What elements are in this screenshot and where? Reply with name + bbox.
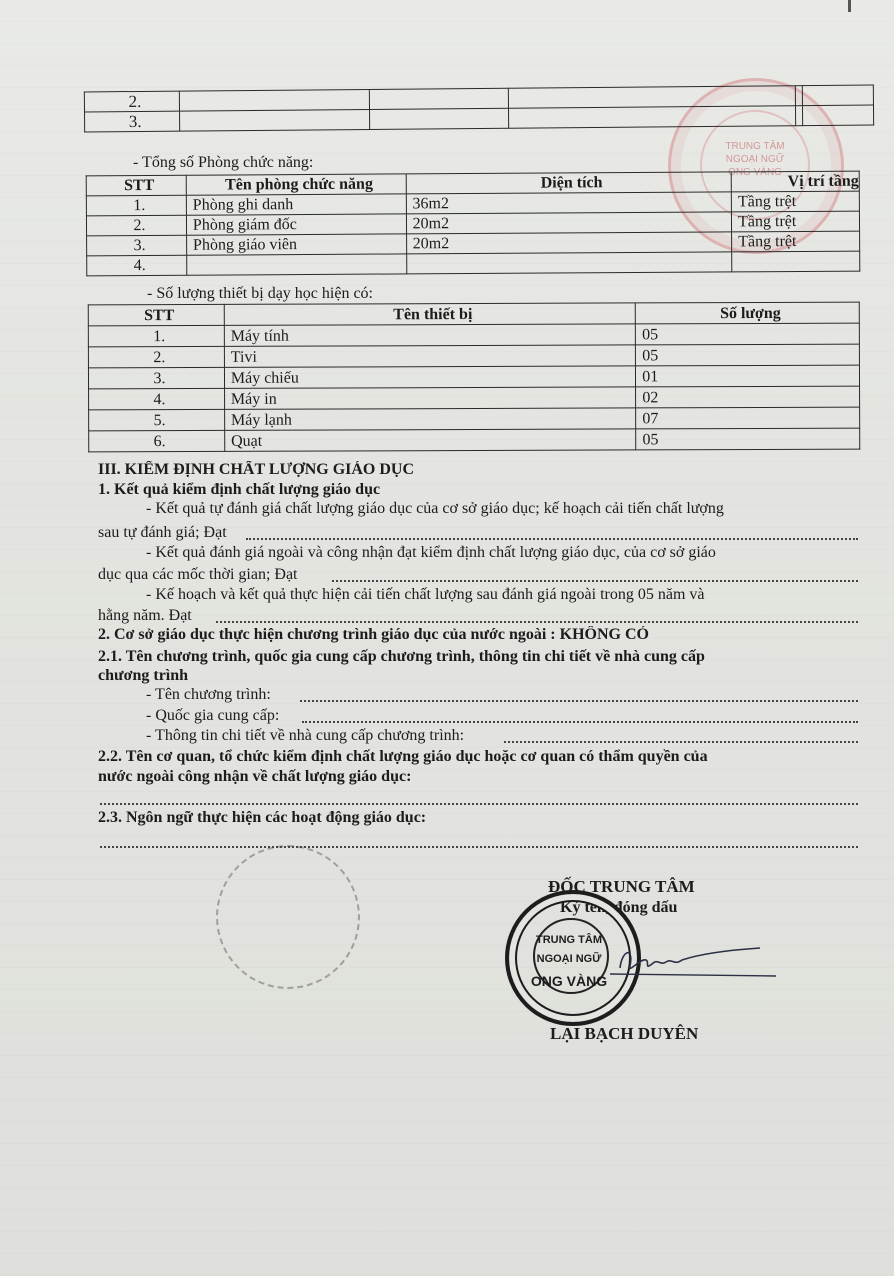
table-cell bbox=[508, 106, 795, 129]
program-fill-line[interactable] bbox=[300, 700, 858, 702]
table-cell bbox=[508, 86, 795, 109]
table-cell bbox=[406, 252, 732, 274]
dotted-fill-line bbox=[216, 621, 858, 623]
table-cell: Máy chiếu bbox=[224, 366, 635, 388]
table-cell bbox=[187, 254, 407, 275]
table-cell: Phòng ghi danh bbox=[186, 194, 406, 215]
country-fill-line[interactable] bbox=[302, 721, 858, 723]
subsection-2-3-heading: 2.3. Ngôn ngữ thực hiện các hoạt động gi… bbox=[98, 809, 426, 827]
subsection-2-2-line-1: 2.2. Tên cơ quan, tổ chức kiểm định chất… bbox=[98, 748, 708, 766]
table-cell: Tầng trệt bbox=[732, 231, 860, 252]
field-provider-label: - Thông tin chi tiết về nhà cung cấp chư… bbox=[146, 727, 464, 745]
functional-rooms-table: STTTên phòng chức năngDiện tíchVị trí tầ… bbox=[86, 171, 861, 277]
table-cell bbox=[370, 108, 509, 129]
column-header: Tên phòng chức năng bbox=[186, 174, 406, 195]
table-cell: Quạt bbox=[225, 429, 636, 451]
subsection-1-heading: 1. Kết quả kiểm định chất lượng giáo dục bbox=[98, 481, 380, 499]
table-cell: 20m2 bbox=[406, 232, 732, 254]
table-cell bbox=[802, 85, 873, 106]
language-fill-line[interactable] bbox=[100, 846, 858, 848]
paragraph-2-line-1: - Kết quả đánh giá ngoài và công nhận đạ… bbox=[146, 544, 716, 562]
table-row: 4. bbox=[87, 251, 860, 276]
paragraph-2-line-2: dục qua các mốc thời gian; Đạt bbox=[98, 566, 298, 584]
handwritten-signature bbox=[600, 940, 780, 980]
table-cell: Phòng giáo viên bbox=[186, 234, 406, 255]
table-cell: 07 bbox=[636, 407, 860, 429]
table-cell: Máy tính bbox=[224, 324, 635, 346]
paragraph-1-line-1: - Kết quả tự đánh giá chất lượng giáo dụ… bbox=[146, 500, 724, 518]
table-cell: 20m2 bbox=[406, 212, 732, 234]
table-cell: Tầng trệt bbox=[732, 211, 860, 232]
table-cell bbox=[732, 251, 860, 272]
continuation-table: 2.3. bbox=[84, 85, 874, 133]
seal-text-line-3: ONG VÀNG bbox=[529, 973, 609, 989]
functional-rooms-label: - Tổng số Phòng chức năng: bbox=[133, 154, 313, 172]
table-cell: 1. bbox=[88, 325, 224, 346]
corner-mark bbox=[848, 0, 851, 12]
subsection-2-heading: 2. Cơ sở giáo dục thực hiện chương trình… bbox=[98, 626, 649, 644]
paragraph-3-line-2: hằng năm. Đạt bbox=[98, 607, 192, 625]
table-cell: 36m2 bbox=[406, 192, 732, 214]
table-cell bbox=[370, 88, 509, 109]
table-row: 1.Máy tính05 bbox=[88, 323, 859, 347]
table-cell: Phòng giám đốc bbox=[186, 214, 406, 235]
table-cell: 2. bbox=[88, 346, 224, 367]
table-cell: Tầng trệt bbox=[731, 191, 859, 212]
column-header: STT bbox=[86, 175, 186, 196]
section-heading: III. KIỂM ĐỊNH CHẤT LƯỢNG GIÁO DỤC bbox=[98, 461, 414, 479]
subsection-2-2-line-2: nước ngoài công nhận về chất lượng giáo … bbox=[98, 768, 411, 786]
field-program-label: - Tên chương trình: bbox=[146, 686, 271, 704]
table-cell: Máy lạnh bbox=[224, 408, 635, 430]
table-row: 5.Máy lạnh07 bbox=[89, 407, 860, 431]
table-cell: 3. bbox=[87, 235, 187, 256]
table-row: 4.Máy in02 bbox=[89, 386, 860, 410]
agency-fill-line[interactable] bbox=[100, 803, 858, 805]
equipment-table: STTTên thiết bịSố lượng 1.Máy tính052.Ti… bbox=[88, 302, 861, 453]
subsection-2-1-line-1: 2.1. Tên chương trình, quốc gia cung cấp… bbox=[98, 648, 705, 666]
table-cell: 1. bbox=[86, 195, 186, 216]
column-header: Tên thiết bị bbox=[224, 303, 635, 325]
column-header: Diện tích bbox=[406, 172, 732, 194]
table-cell: 4. bbox=[89, 388, 225, 409]
table-cell: 2. bbox=[86, 215, 186, 236]
paragraph-3-line-1: - Kế hoạch và kết quả thực hiện cải tiến… bbox=[146, 586, 705, 604]
column-header: Số lượng bbox=[636, 302, 860, 324]
table-cell: 01 bbox=[636, 365, 860, 387]
table-cell: Tivi bbox=[224, 345, 635, 367]
table-cell: 2. bbox=[84, 91, 179, 112]
table-row: 2.Tivi05 bbox=[88, 344, 859, 368]
dotted-fill-line bbox=[332, 580, 858, 582]
table-row: 6.Quạt05 bbox=[89, 428, 860, 452]
table-cell: 3. bbox=[88, 367, 224, 388]
subsection-2-1-line-2: chương trình bbox=[98, 667, 188, 685]
table-cell: 4. bbox=[87, 255, 187, 276]
paragraph-1-line-2: sau tự đánh giá; Đạt bbox=[98, 524, 227, 542]
table-cell bbox=[180, 109, 370, 131]
faint-gray-stamp bbox=[216, 845, 360, 989]
provider-fill-line[interactable] bbox=[504, 741, 858, 743]
table-cell: 5. bbox=[89, 409, 225, 430]
table-row: 3.Máy chiếu01 bbox=[88, 365, 859, 389]
table-cell bbox=[180, 89, 370, 111]
seal-text-line-2: NGOẠI NGỮ bbox=[529, 953, 609, 965]
signer-name: LẠI BẠCH DUYÊN bbox=[550, 1024, 698, 1044]
table-cell: 05 bbox=[636, 428, 860, 450]
dotted-fill-line bbox=[246, 538, 858, 540]
table-cell: 05 bbox=[636, 344, 860, 366]
seal-text-line-1: TRUNG TÂM bbox=[529, 934, 609, 946]
table-cell: 6. bbox=[89, 430, 225, 451]
field-country-label: - Quốc gia cung cấp: bbox=[146, 707, 279, 725]
column-header: STT bbox=[88, 304, 224, 325]
equipment-label: - Số lượng thiết bị dạy học hiện có: bbox=[147, 285, 373, 303]
table-cell: 02 bbox=[636, 386, 860, 408]
table-cell bbox=[802, 105, 873, 126]
table-cell: 05 bbox=[636, 323, 860, 345]
column-header: Vị trí tầng bbox=[731, 171, 859, 192]
table-cell: Máy in bbox=[224, 387, 635, 409]
table-cell: 3. bbox=[85, 111, 180, 132]
